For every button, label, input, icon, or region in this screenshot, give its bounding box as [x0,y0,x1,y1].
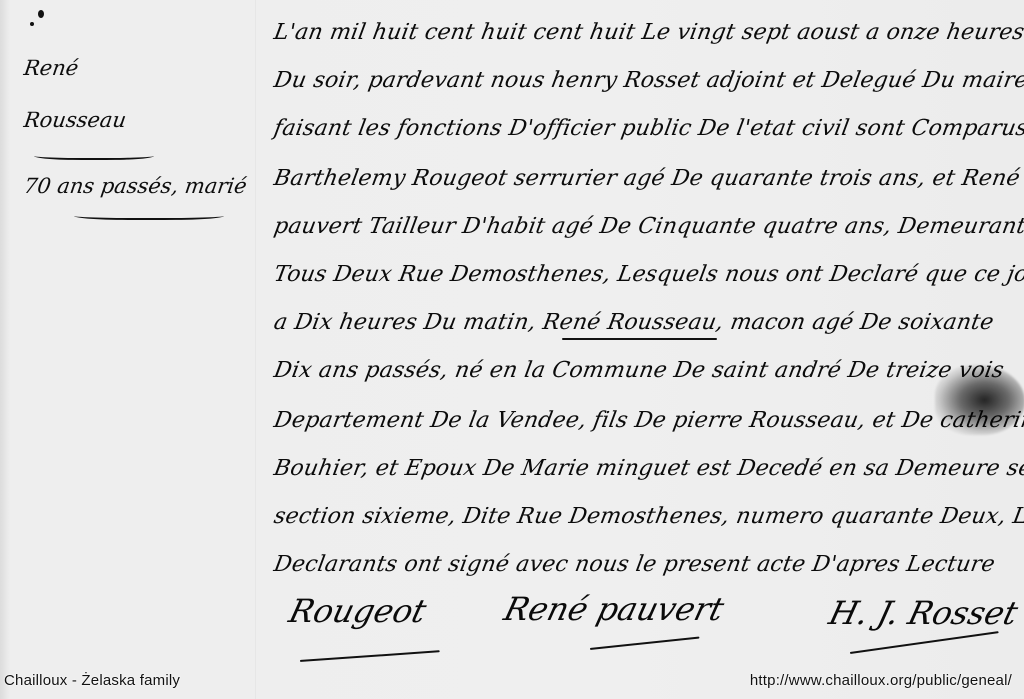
record-line-3: faisant les fonctions D'officier public … [272,116,1024,141]
record-line-10: Bouhier, et Epoux De Marie minguet est D… [272,456,1024,481]
ink-spot [30,22,34,26]
signature-rougeot: Rougeot [285,592,430,630]
margin-note-given-name: René [23,58,80,79]
scanned-document-page: René Rousseau 70 ans passés, marié L'an … [0,0,1024,699]
record-line-9: Departement De la Vendee, fils De pierre… [272,408,1024,433]
margin-note-surname: Rousseau [23,110,128,131]
signature-rene-pauvert: René pauvert [500,590,728,628]
record-line-7: a Dix heures Du matin, René Rousseau, ma… [272,310,996,335]
record-line-5: pauvert Tailleur D'habit agé De Cinquant… [272,214,1024,239]
watermark-url-caption: http://www.chailloux.org/public/geneal/ [750,672,1012,689]
record-line-11: section sixieme, Dite Rue Demosthenes, n… [272,504,1024,529]
record-line-8: Dix ans passés, né en la Commune De sain… [272,358,1006,383]
margin-note-age-status: 70 ans passés, marié [23,176,249,197]
ink-blot [935,365,1024,435]
name-underline [562,338,717,340]
record-line-1: L'an mil huit cent huit cent huit Le vin… [272,20,1024,45]
watermark-family-caption: Chailloux - Żelaska family [4,672,180,689]
margin-squiggle-underline-2 [74,210,224,220]
signature-flourish [590,637,700,650]
margin-squiggle-underline [34,150,154,160]
record-line-6: Tous Deux Rue Demosthenes, Lesquels nous… [272,262,1024,287]
signatures-area: Rougeot René pauvert H. J. Rosset [290,590,1010,670]
signature-rosset: H. J. Rosset [825,594,1021,632]
signature-flourish [300,650,440,662]
record-line-2: Du soir, pardevant nous henry Rosset adj… [272,68,1024,93]
record-line-12: Declarants ont signé avec nous le presen… [272,552,997,577]
margin-divider [255,0,256,699]
ink-spot [38,10,44,18]
signature-flourish [850,631,999,654]
record-line-4: Barthelemy Rougeot serrurier agé De quar… [272,166,1022,191]
